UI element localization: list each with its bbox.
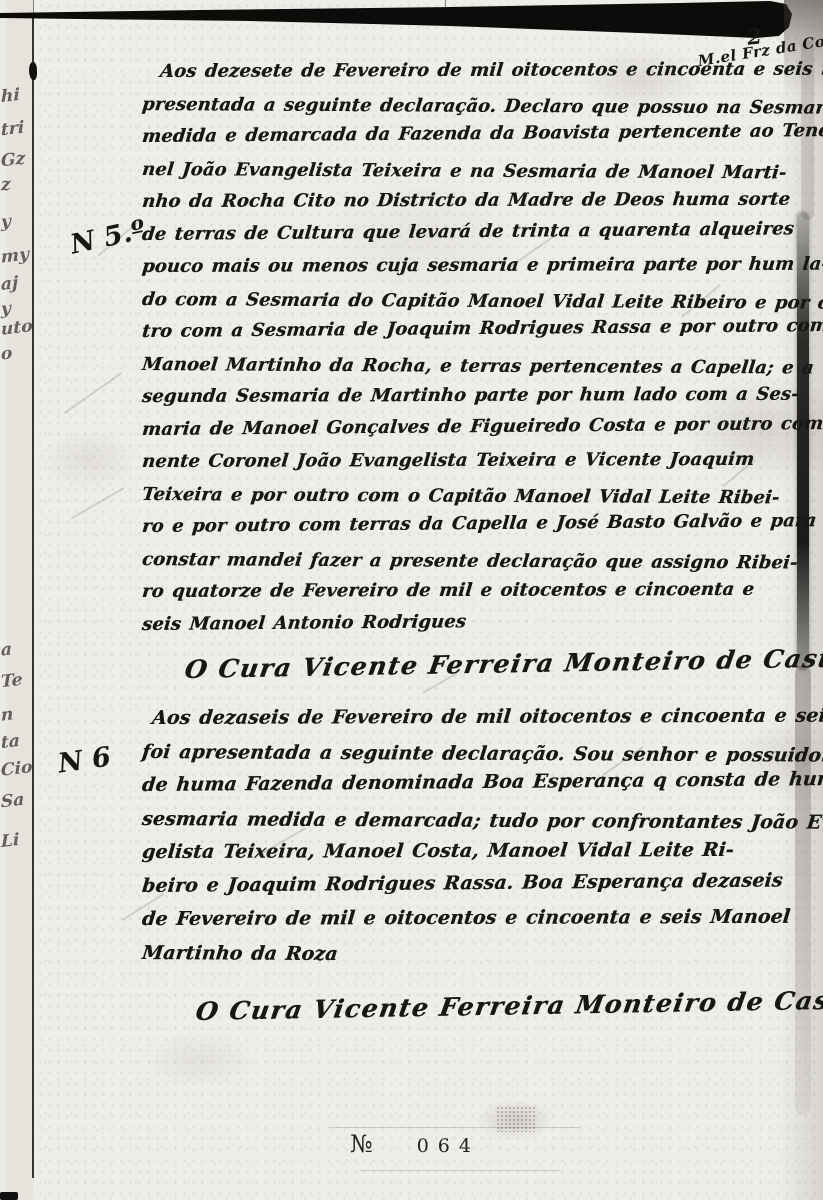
- entry-n5-text: Aos dezesete de Fevereiro de mil oitocen…: [142, 56, 800, 641]
- manuscript-line: medida e demarcada da Fazenda da Boavist…: [140, 115, 802, 153]
- manuscript-line: pouco mais ou menos cuja sesmaria e prim…: [140, 249, 802, 284]
- manuscript-line: Aos dezesete de Fevereiro de mil oitocen…: [140, 54, 802, 89]
- manuscript-line: nente Coronel João Evangelista Teixeira …: [140, 444, 802, 479]
- bleed-fragment: Sa: [1, 790, 25, 813]
- bleed-fragment: tri: [1, 118, 25, 141]
- bleed-fragment: Li: [1, 830, 20, 852]
- entry-n6-text: Aos dezaseis de Fevereiro de mil oitocen…: [142, 702, 800, 970]
- stamp-guide-line: [330, 1127, 580, 1128]
- folio-stamp: № 064: [350, 1130, 480, 1158]
- binding-fold-line: [32, 18, 34, 1178]
- bleed-fragment: y: [1, 298, 11, 319]
- bleed-fragment: y: [1, 211, 11, 232]
- bleed-fragment: hi: [1, 85, 20, 107]
- scanned-manuscript-page: 2 M.el Frz da Costa hitriGzzymyajyutooaT…: [0, 0, 823, 1200]
- folio-number: 064: [417, 1135, 480, 1157]
- fold-hairline: [33, 0, 34, 14]
- bleed-fragment: uto: [1, 316, 33, 340]
- manuscript-line: de terras de Cultura que levará de trint…: [140, 213, 802, 251]
- margin-label-n6: N 6: [56, 741, 113, 779]
- bleed-fragment: my: [1, 244, 29, 267]
- bleed-fragment: o: [1, 343, 13, 364]
- manuscript-line: beiro e Joaquim Rodrigues Rassa. Boa Esp…: [140, 864, 802, 903]
- manuscript-line: Aos dezaseis de Fevereiro de mil oitocen…: [140, 700, 802, 736]
- bleed-fragment: a: [1, 639, 12, 660]
- manuscript-line: Martinho da Roza: [140, 937, 801, 974]
- manuscript-line: de huma Fazenda denominada Boa Esperança…: [140, 763, 802, 802]
- bleed-fragment: Cio: [1, 757, 33, 781]
- manuscript-line: seis Manoel Antonio Rodrigues: [140, 603, 802, 641]
- ink-blot: [29, 62, 37, 80]
- stamp-guide-line: [360, 1170, 560, 1171]
- numero-symbol: №: [350, 1130, 373, 1158]
- bleed-fragment: ta: [1, 731, 20, 753]
- bleed-fragment: Gz: [1, 149, 26, 172]
- show-through-stroke: [72, 487, 125, 519]
- curate-signature-2: O Cura Vicente Ferreira Monteiro de Cast…: [194, 985, 823, 1026]
- manuscript-line: ro e por outro com terras da Capella e J…: [140, 505, 802, 543]
- manuscript-line: maria de Manoel Gonçalves de Figueiredo …: [140, 408, 802, 446]
- bleed-fragment: Te: [1, 670, 23, 692]
- manuscript-line: tro com a Sesmaria de Joaquim Rodrigues …: [140, 310, 802, 348]
- curate-signature-1: O Cura Vicente Ferreira Monteiro de Cast…: [183, 643, 823, 684]
- margin-label-n5: N 5.º: [68, 214, 149, 260]
- scan-noise-patch: [496, 1106, 536, 1132]
- bottom-scan-edge-mark: [0, 1192, 18, 1200]
- manuscript-line: de Fevereiro de mil e oitocentos e cinco…: [140, 901, 802, 937]
- bleed-fragment: aj: [1, 273, 19, 295]
- bleed-fragment: n: [1, 704, 14, 725]
- bleed-fragment: z: [1, 174, 11, 195]
- show-through-stroke: [64, 372, 122, 414]
- top-scan-edge-bar: [0, 0, 823, 42]
